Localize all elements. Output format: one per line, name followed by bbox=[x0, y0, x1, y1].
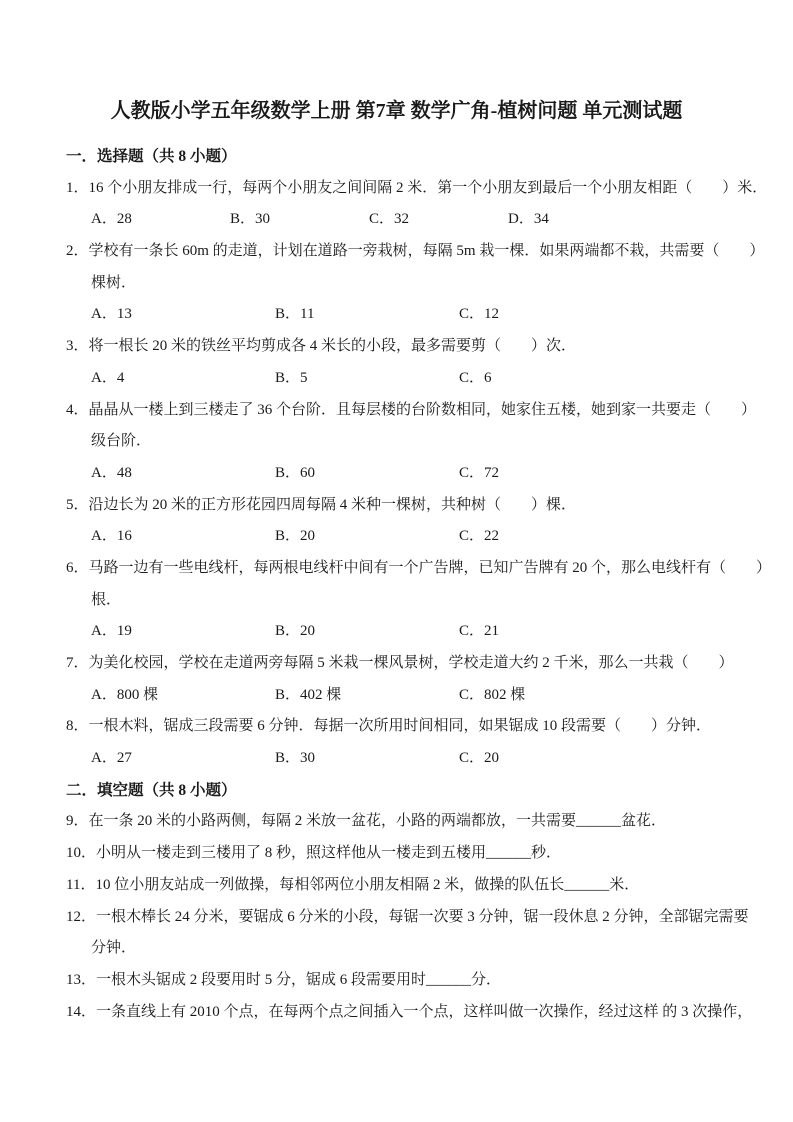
question-line: 8．一根木料，锯成三段需要 6 分钟．每据一次所用时间相同，如果锯成 10 段需… bbox=[66, 711, 753, 743]
option-b: B．20 bbox=[275, 616, 459, 648]
option-b: B．20 bbox=[275, 521, 459, 553]
question-line: 根． bbox=[91, 585, 753, 617]
question-8: 8．一根木料，锯成三段需要 6 分钟．每据一次所用时间相同，如果锯成 10 段需… bbox=[66, 711, 753, 774]
option-b: B．5 bbox=[275, 363, 459, 395]
section-choice-heading: 一．选择题（共 8 小题） bbox=[66, 141, 753, 173]
option-c: C．22 bbox=[459, 521, 643, 553]
option-c: C．12 bbox=[459, 299, 643, 331]
question-options: A．27 B．30 C．20 bbox=[91, 743, 753, 775]
question-10: 10．小明从一楼走到三楼用了 8 秒，照这样他从一楼走到五楼用______秒． bbox=[66, 838, 753, 870]
question-options: A．4 B．5 C．6 bbox=[91, 363, 753, 395]
option-c: C．32 bbox=[369, 204, 508, 236]
option-a: A．4 bbox=[91, 363, 275, 395]
question-line: 9．在一条 20 米的小路两侧，每隔 2 米放一盆花，小路的两端都放，一共需要_… bbox=[66, 806, 753, 838]
question-line: 10．小明从一楼走到三楼用了 8 秒，照这样他从一楼走到五楼用______秒． bbox=[66, 838, 753, 870]
question-2: 2．学校有一条长 60m 的走道，计划在道路一旁栽树，每隔 5m 栽一棵．如果两… bbox=[66, 236, 753, 331]
question-4: 4．晶晶从一楼上到三楼走了 36 个台阶．且每层楼的台阶数相同，她家住五楼，她到… bbox=[66, 395, 753, 490]
question-line: 6．马路一边有一些电线杆，每两根电线杆中间有一个广告牌，已知广告牌有 20 个，… bbox=[66, 553, 753, 585]
question-line: 5．沿边长为 20 米的正方形花园四周每隔 4 米种一棵树，共种树（ ）棵． bbox=[66, 490, 753, 522]
option-a: A．48 bbox=[91, 458, 275, 490]
option-a: A．800 棵 bbox=[91, 680, 275, 712]
option-b: B．402 棵 bbox=[275, 680, 459, 712]
option-b: B．30 bbox=[275, 743, 459, 775]
question-12: 12．一根木棒长 24 分米，要锯成 6 分米的小段，每锯一次要 3 分钟，锯一… bbox=[66, 902, 753, 965]
question-9: 9．在一条 20 米的小路两侧，每隔 2 米放一盆花，小路的两端都放，一共需要_… bbox=[66, 806, 753, 838]
question-line: 11．10 位小朋友站成一列做操，每相邻两位小朋友相隔 2 米，做操的队伍长__… bbox=[66, 870, 753, 902]
option-b: B．30 bbox=[230, 204, 369, 236]
option-c: C．6 bbox=[459, 363, 643, 395]
question-options: A．16 B．20 C．22 bbox=[91, 521, 753, 553]
option-c: C．802 棵 bbox=[459, 680, 643, 712]
question-line: 13．一根木头锯成 2 段要用时 5 分，锯成 6 段需要用时______分． bbox=[66, 965, 753, 997]
section-fill-blank-heading: 二．填空题（共 8 小题） bbox=[66, 775, 753, 807]
document-body: 一．选择题（共 8 小题） 1．16 个小朋友排成一行，每两个小朋友之间间隔 2… bbox=[0, 141, 793, 1028]
question-options: A．19 B．20 C．21 bbox=[91, 616, 753, 648]
question-line: 级台阶． bbox=[91, 426, 753, 458]
option-c: C．20 bbox=[459, 743, 643, 775]
question-line: 分钟． bbox=[91, 933, 753, 965]
option-a: A．19 bbox=[91, 616, 275, 648]
question-6: 6．马路一边有一些电线杆，每两根电线杆中间有一个广告牌，已知广告牌有 20 个，… bbox=[66, 553, 753, 648]
question-options: A．28 B．30 C．32 D．34 bbox=[91, 204, 753, 236]
question-line: 2．学校有一条长 60m 的走道，计划在道路一旁栽树，每隔 5m 栽一棵．如果两… bbox=[66, 236, 753, 268]
option-b: B．11 bbox=[275, 299, 459, 331]
question-1: 1．16 个小朋友排成一行，每两个小朋友之间间隔 2 米．第一个小朋友到最后一个… bbox=[66, 173, 753, 236]
question-14: 14．一条直线上有 2010 个点，在每两个点之间插入一个点，这样叫做一次操作，… bbox=[66, 997, 753, 1029]
option-c: C．21 bbox=[459, 616, 643, 648]
option-a: A．27 bbox=[91, 743, 275, 775]
question-line: 3．将一根长 20 米的铁丝平均剪成各 4 米长的小段，最多需要剪（ ）次． bbox=[66, 331, 753, 363]
page-title: 人教版小学五年级数学上册 第7章 数学广角-植树问题 单元测试题 bbox=[0, 0, 793, 125]
option-a: A．28 bbox=[91, 204, 230, 236]
question-options: A．800 棵 B．402 棵 C．802 棵 bbox=[91, 680, 753, 712]
document-page: 人教版小学五年级数学上册 第7章 数学广角-植树问题 单元测试题 一．选择题（共… bbox=[0, 0, 793, 1122]
question-line: 棵树． bbox=[91, 268, 753, 300]
question-11: 11．10 位小朋友站成一列做操，每相邻两位小朋友相隔 2 米，做操的队伍长__… bbox=[66, 870, 753, 902]
question-line: 1．16 个小朋友排成一行，每两个小朋友之间间隔 2 米．第一个小朋友到最后一个… bbox=[66, 173, 753, 205]
question-line: 14．一条直线上有 2010 个点，在每两个点之间插入一个点，这样叫做一次操作，… bbox=[66, 997, 753, 1029]
question-3: 3．将一根长 20 米的铁丝平均剪成各 4 米长的小段，最多需要剪（ ）次． A… bbox=[66, 331, 753, 394]
option-b: B．60 bbox=[275, 458, 459, 490]
question-line: 7．为美化校园，学校在走道两旁每隔 5 米栽一棵风景树，学校走道大约 2 千米，… bbox=[66, 648, 753, 680]
question-13: 13．一根木头锯成 2 段要用时 5 分，锯成 6 段需要用时______分． bbox=[66, 965, 753, 997]
option-c: C．72 bbox=[459, 458, 643, 490]
question-7: 7．为美化校园，学校在走道两旁每隔 5 米栽一棵风景树，学校走道大约 2 千米，… bbox=[66, 648, 753, 711]
question-line: 4．晶晶从一楼上到三楼走了 36 个台阶．且每层楼的台阶数相同，她家住五楼，她到… bbox=[66, 395, 753, 427]
question-5: 5．沿边长为 20 米的正方形花园四周每隔 4 米种一棵树，共种树（ ）棵． A… bbox=[66, 490, 753, 553]
option-a: A．16 bbox=[91, 521, 275, 553]
question-line: 12．一根木棒长 24 分米，要锯成 6 分米的小段，每锯一次要 3 分钟，锯一… bbox=[66, 902, 753, 934]
option-a: A．13 bbox=[91, 299, 275, 331]
question-options: A．13 B．11 C．12 bbox=[91, 299, 753, 331]
option-d: D．34 bbox=[508, 204, 647, 236]
question-options: A．48 B．60 C．72 bbox=[91, 458, 753, 490]
